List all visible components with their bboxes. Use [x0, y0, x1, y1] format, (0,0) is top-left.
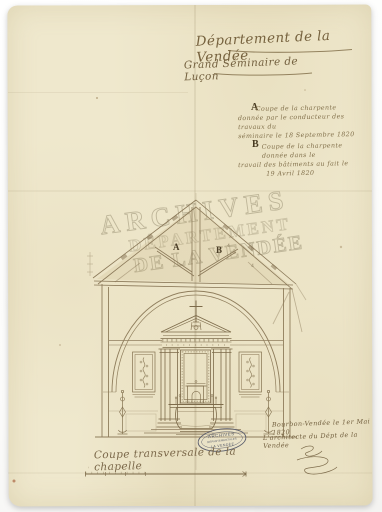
legend-b-text-line: 19 Avril 1820	[266, 168, 370, 179]
drawing-caption: Coupe transversale de la chapelle	[94, 445, 275, 474]
document-subtitle: Grand Séminaire de Luçon	[184, 55, 325, 84]
legend-b-text-line: Coupe de la charpente donnée dans le	[262, 141, 370, 161]
legend-a-text-line: donnée par le conducteur des travaux du	[238, 112, 370, 132]
legend-item-a: Coupe de la charpente donnée par le cond…	[238, 103, 371, 141]
scanned-archive-document: ARCHIVES DÉPARTEMENT DE LA VENDÉE Départ…	[0, 0, 382, 512]
legend-item-b: Coupe de la charpente donnée dans le tra…	[238, 141, 371, 179]
